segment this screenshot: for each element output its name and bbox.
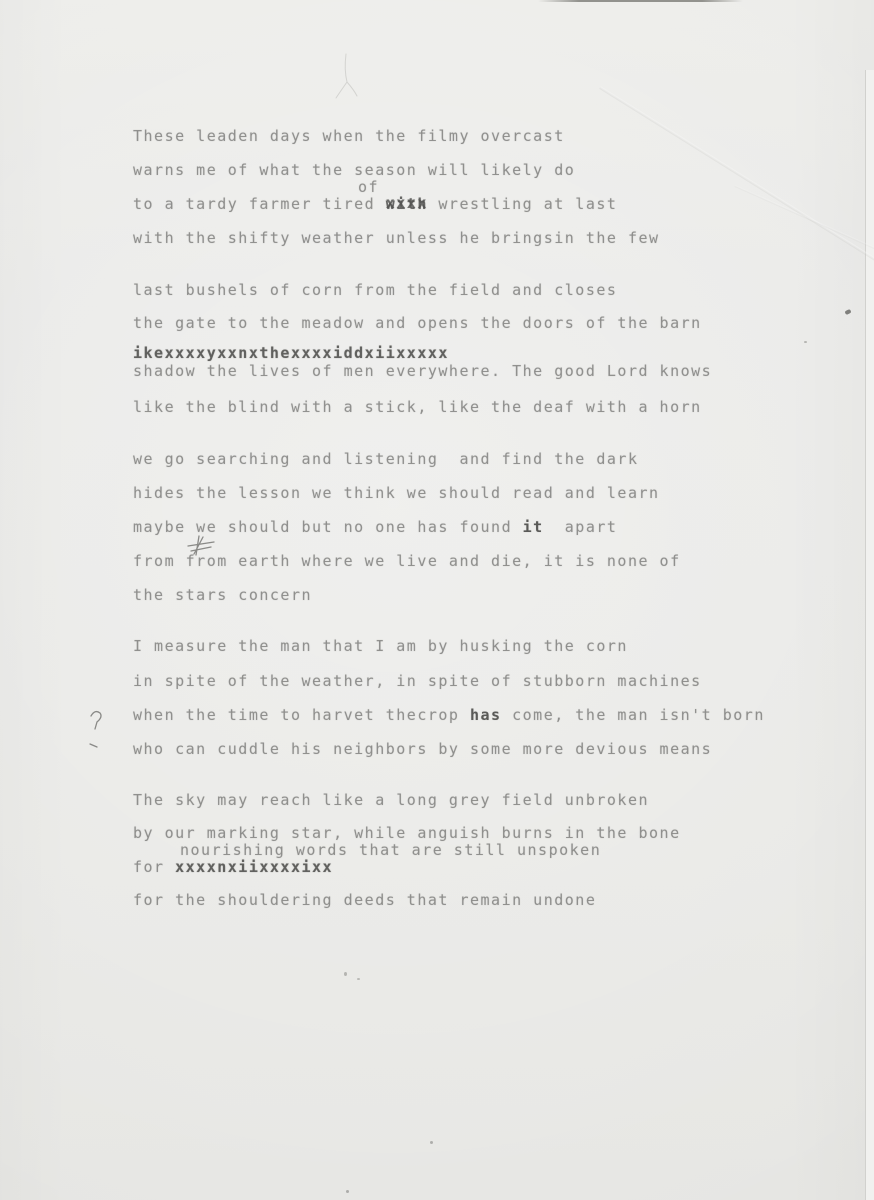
poem-line: last bushels of corn from the field and … [133, 282, 617, 299]
poem-text: when the time to harvet thecrop [133, 706, 470, 724]
poem-line: by our marking star, while anguish burns… [133, 825, 681, 842]
poem-text: with the shifty weather unless he brings… [133, 229, 660, 247]
paper-crease [599, 86, 874, 279]
poem-line: hides the lesson we think we should read… [133, 485, 660, 502]
poem-text: from from earth where we live and die, i… [133, 552, 681, 570]
page-right-edge [865, 70, 874, 1200]
struck-out-line: ikexxxxyxxnxthexxxxiddxiixxxxx [133, 344, 449, 362]
overtyped-word: has [470, 706, 502, 724]
poem-line: the stars concern [133, 587, 312, 604]
poem-text: the stars concern [133, 586, 312, 604]
strikeout-overtype: xxxx [386, 195, 428, 212]
poem-line: for xxxxnxiixxxxixx [133, 859, 333, 876]
poem-line: ikexxxxyxxnxthexxxxiddxiixxxxx [133, 345, 449, 362]
poem-text: for [133, 858, 175, 876]
paper-speck [346, 1190, 349, 1193]
poem-line: the gate to the meadow and opens the doo… [133, 315, 702, 332]
poem-line: to a tardy farmer tired withxxxx wrestli… [133, 196, 617, 213]
poem-line: when the time to harvet thecrop has come… [133, 707, 765, 724]
poem-line: maybe we should but no one has found it … [133, 519, 617, 536]
poem-text: who can cuddle his neighbors by some mor… [133, 740, 712, 758]
poem-line: like the blind with a stick, like the de… [133, 399, 702, 416]
poem-text: last bushels of corn from the field and … [133, 281, 617, 299]
poem-text: we go searching and listening and find t… [133, 450, 638, 468]
paper-speck [804, 341, 807, 343]
poem-text: I measure the man that I am by husking t… [133, 637, 628, 655]
poem-line: in spite of the weather, in spite of stu… [133, 673, 702, 690]
interline-correction: of [358, 178, 379, 196]
poem-line: nourishing words that are still unspoken [180, 842, 601, 859]
poem-text: in spite of the weather, in spite of stu… [133, 672, 702, 690]
poem-text: warns me of what the season will likely … [133, 161, 575, 179]
pencil-margin-mark [88, 708, 108, 752]
poem-text: These leaden days when the filmy overcas… [133, 127, 565, 145]
scan-top-edge [538, 0, 743, 2]
paper-shading [0, 0, 874, 1200]
overtyped-word: withxxxx [386, 195, 428, 213]
poem-line: shadow the lives of men everywhere. The … [133, 363, 712, 380]
poem-line: The sky may reach like a long grey field… [133, 792, 649, 809]
poem-text: hides the lesson we think we should read… [133, 484, 660, 502]
paper-speck [344, 972, 347, 976]
poem-text: for the shouldering deeds that remain un… [133, 891, 596, 909]
poem-text: maybe we should but no one has found [133, 518, 523, 536]
poem-text: by our marking star, while anguish burns… [133, 824, 681, 842]
poem-line: I measure the man that I am by husking t… [133, 638, 628, 655]
poem-line: who can cuddle his neighbors by some mor… [133, 741, 712, 758]
poem-line: These leaden days when the filmy overcas… [133, 128, 565, 145]
poem-line: we go searching and listening and find t… [133, 451, 638, 468]
poem-text: shadow the lives of men everywhere. The … [133, 362, 712, 380]
poem-line: from from earth where we live and die, i… [133, 553, 681, 570]
poem-line: with the shifty weather unless he brings… [133, 230, 660, 247]
poem-line: warns me of what the season will likely … [133, 162, 575, 179]
struck-out-word: xxxxnxiixxxxixx [175, 858, 333, 876]
paper-crease [735, 185, 874, 264]
poem-text: like the blind with a stick, like the de… [133, 398, 702, 416]
poem-text: nourishing words that are still unspoken [180, 841, 601, 859]
paper-crease-mark [330, 52, 364, 100]
poem-text: The sky may reach like a long grey field… [133, 791, 649, 809]
paper-speck [844, 309, 851, 315]
poem-text: apart [544, 518, 618, 536]
poem-text: to a tardy farmer tired [133, 195, 386, 213]
poem-line: of [358, 179, 379, 196]
poem-text: the gate to the meadow and opens the doo… [133, 314, 702, 332]
paper-speck [430, 1141, 433, 1144]
poem-line: for the shouldering deeds that remain un… [133, 892, 596, 909]
paper-speck [357, 978, 360, 980]
scanned-page: These leaden days when the filmy overcas… [0, 0, 874, 1200]
poem-text: come, the man isn't born [502, 706, 765, 724]
poem-text: wrestling at last [428, 195, 618, 213]
overtyped-word: it [523, 518, 544, 536]
